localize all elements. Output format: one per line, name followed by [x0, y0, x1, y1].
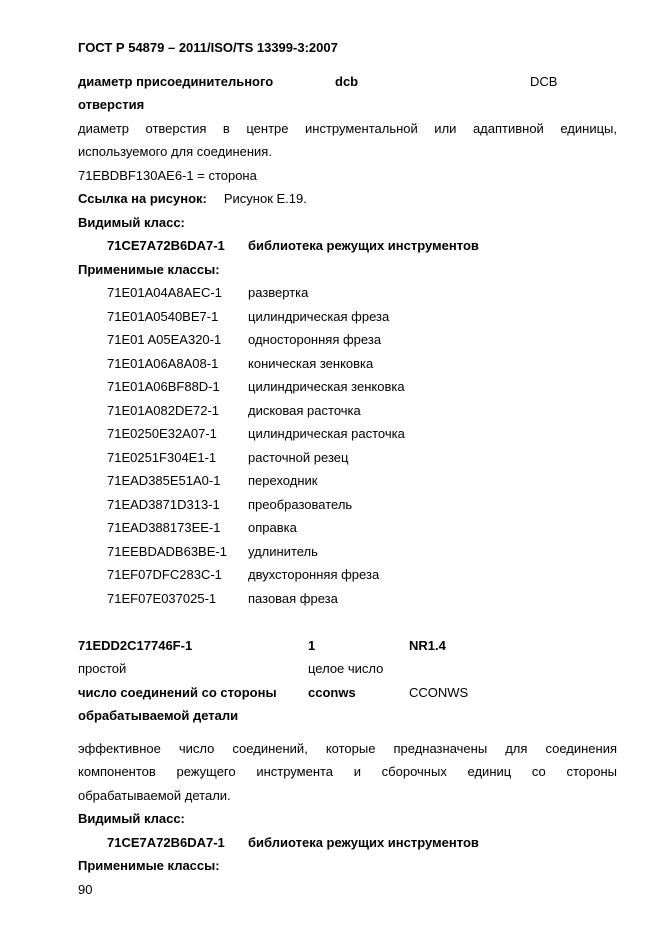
class-name: пазовая фреза	[248, 587, 617, 611]
entry1-note: 71EBDBF130AE6-1 = сторона	[78, 164, 617, 188]
applicable-class-row: 71E01A06A8A08-1 коническая зенковка	[78, 352, 617, 376]
page-number: 90	[78, 878, 617, 902]
class-name: развертка	[248, 281, 617, 305]
entry1-definition: диаметр отверстия в центре инструменталь…	[78, 117, 617, 164]
visible-class-id: 71CE7A72B6DA7-1	[107, 234, 248, 258]
class-id: 71E01A06BF88D-1	[107, 375, 248, 399]
entry2-format: NR1.4	[409, 634, 617, 658]
applicable-class-row: 71E01 A05EA320-1 односторонняя фреза	[78, 328, 617, 352]
entry2-visible-class-label: Видимый класс:	[78, 807, 617, 831]
figure-ref-label: Ссылка на рисунок:	[78, 191, 207, 206]
entry1-figure-ref: Ссылка на рисунок:Рисунок Е.19.	[78, 187, 617, 211]
applicable-class-row: 71E01A0540BE7-1 цилиндрическая фреза	[78, 305, 617, 329]
entry2-id: 71EDD2C17746F-1	[78, 634, 308, 658]
applicable-class-row: 71E01A082DE72-1 дисковая расточка	[78, 399, 617, 423]
entry1-definition-line-2: используемого для соединения.	[78, 140, 617, 164]
applicable-class-row: 71E0250E32A07-1 цилиндрическая расточка	[78, 422, 617, 446]
entry-cconws: 71EDD2C17746F-1 1 NR1.4 простой целое чи…	[78, 634, 617, 878]
entry1-visible-class-row: 71CE7A72B6DA7-1 библиотека режущих инстр…	[78, 234, 617, 258]
entry1-term-line-1: диаметр присоединительного	[78, 70, 335, 94]
visible-class-name: библиотека режущих инструментов	[248, 234, 617, 258]
class-name: цилиндрическая расточка	[248, 422, 617, 446]
class-id: 71EAD388173EE-1	[107, 516, 248, 540]
entry2-visible-class-row: 71CE7A72B6DA7-1 библиотека режущих инстр…	[78, 831, 617, 855]
visible-class-name: библиотека режущих инструментов	[248, 831, 617, 855]
entry1-code: DCB	[530, 70, 617, 94]
entry2-term-row: число соединений со стороны обрабатываем…	[78, 681, 617, 728]
applicable-class-row: 71EEBDADB63BE-1 удлинитель	[78, 540, 617, 564]
entry2-applicable-label: Применимые классы:	[78, 854, 617, 878]
class-id: 71E01A06A8A08-1	[107, 352, 248, 376]
document-page: ГОСТ Р 54879 – 2011/ISO/TS 13399-3:2007 …	[0, 0, 662, 935]
class-id: 71E01 A05EA320-1	[107, 328, 248, 352]
entry1-term: диаметр присоединительного отверстия	[78, 70, 335, 117]
class-name: переходник	[248, 469, 617, 493]
class-name: удлинитель	[248, 540, 617, 564]
entry2-kind: простой	[78, 657, 308, 681]
class-name: двухсторонняя фреза	[248, 563, 617, 587]
class-id: 71E01A04A8AEC-1	[107, 281, 248, 305]
class-id: 71EAD385E51A0-1	[107, 469, 248, 493]
entry2-code: CCONWS	[409, 681, 617, 705]
entry1-term-row: диаметр присоединительного отверстия dcb…	[78, 70, 617, 117]
class-id: 71E0251F304E1-1	[107, 446, 248, 470]
entry2-symbol: cconws	[308, 681, 409, 705]
class-id: 71EF07DFC283C-1	[107, 563, 248, 587]
class-id: 71EEBDADB63BE-1	[107, 540, 248, 564]
entry2-definition-line-2: компонентов режущего инструмента и сборо…	[78, 760, 617, 784]
entry2-id-row: 71EDD2C17746F-1 1 NR1.4	[78, 634, 617, 658]
entry2-definition-line-1: эффективное число соединений, которые пр…	[78, 737, 617, 761]
class-id: 71EF07E037025-1	[107, 587, 248, 611]
class-name: цилиндрическая зенковка	[248, 375, 617, 399]
class-name: цилиндрическая фреза	[248, 305, 617, 329]
class-name: коническая зенковка	[248, 352, 617, 376]
document-header: ГОСТ Р 54879 – 2011/ISO/TS 13399-3:2007	[78, 36, 617, 60]
entry1-term-line-2: отверстия	[78, 93, 335, 117]
entry-dcb: диаметр присоединительного отверстия dcb…	[78, 70, 617, 611]
class-id: 71E0250E32A07-1	[107, 422, 248, 446]
entry2-definition-line-3: обрабатываемой детали.	[78, 784, 617, 808]
applicable-class-row: 71EAD3871D313-1 преобразователь	[78, 493, 617, 517]
entry2-datatype: целое число	[308, 657, 510, 681]
class-name: оправка	[248, 516, 617, 540]
entry1-definition-line-1: диаметр отверстия в центре инструменталь…	[78, 117, 617, 141]
entry1-applicable-label: Применимые классы:	[78, 258, 617, 282]
class-id: 71E01A0540BE7-1	[107, 305, 248, 329]
applicable-class-row: 71E0251F304E1-1 расточной резец	[78, 446, 617, 470]
class-name: расточной резец	[248, 446, 617, 470]
class-id: 71E01A082DE72-1	[107, 399, 248, 423]
entry2-type-row: простой целое число	[78, 657, 617, 681]
entry1-visible-class-label: Видимый класс:	[78, 211, 617, 235]
entry2-number: 1	[308, 634, 409, 658]
visible-class-id: 71CE7A72B6DA7-1	[107, 831, 248, 855]
entry2-definition: эффективное число соединений, которые пр…	[78, 737, 617, 808]
entry1-applicable-list: 71E01A04A8AEC-1 развертка 71E01A0540BE7-…	[78, 281, 617, 610]
applicable-class-row: 71E01A06BF88D-1 цилиндрическая зенковка	[78, 375, 617, 399]
class-name: преобразователь	[248, 493, 617, 517]
applicable-class-row: 71EAD385E51A0-1 переходник	[78, 469, 617, 493]
entry2-term: число соединений со стороны обрабатываем…	[78, 681, 308, 728]
applicable-class-row: 71E01A04A8AEC-1 развертка	[78, 281, 617, 305]
class-name: дисковая расточка	[248, 399, 617, 423]
entry2-term-line-2: обрабатываемой детали	[78, 704, 308, 728]
applicable-class-row: 71EF07E037025-1 пазовая фреза	[78, 587, 617, 611]
figure-ref-value: Рисунок Е.19.	[224, 191, 307, 206]
class-name: односторонняя фреза	[248, 328, 617, 352]
applicable-class-row: 71EAD388173EE-1 оправка	[78, 516, 617, 540]
class-id: 71EAD3871D313-1	[107, 493, 248, 517]
entry2-term-line-1: число соединений со стороны	[78, 681, 308, 705]
entry1-symbol: dcb	[335, 70, 530, 94]
applicable-class-row: 71EF07DFC283C-1 двухсторонняя фреза	[78, 563, 617, 587]
